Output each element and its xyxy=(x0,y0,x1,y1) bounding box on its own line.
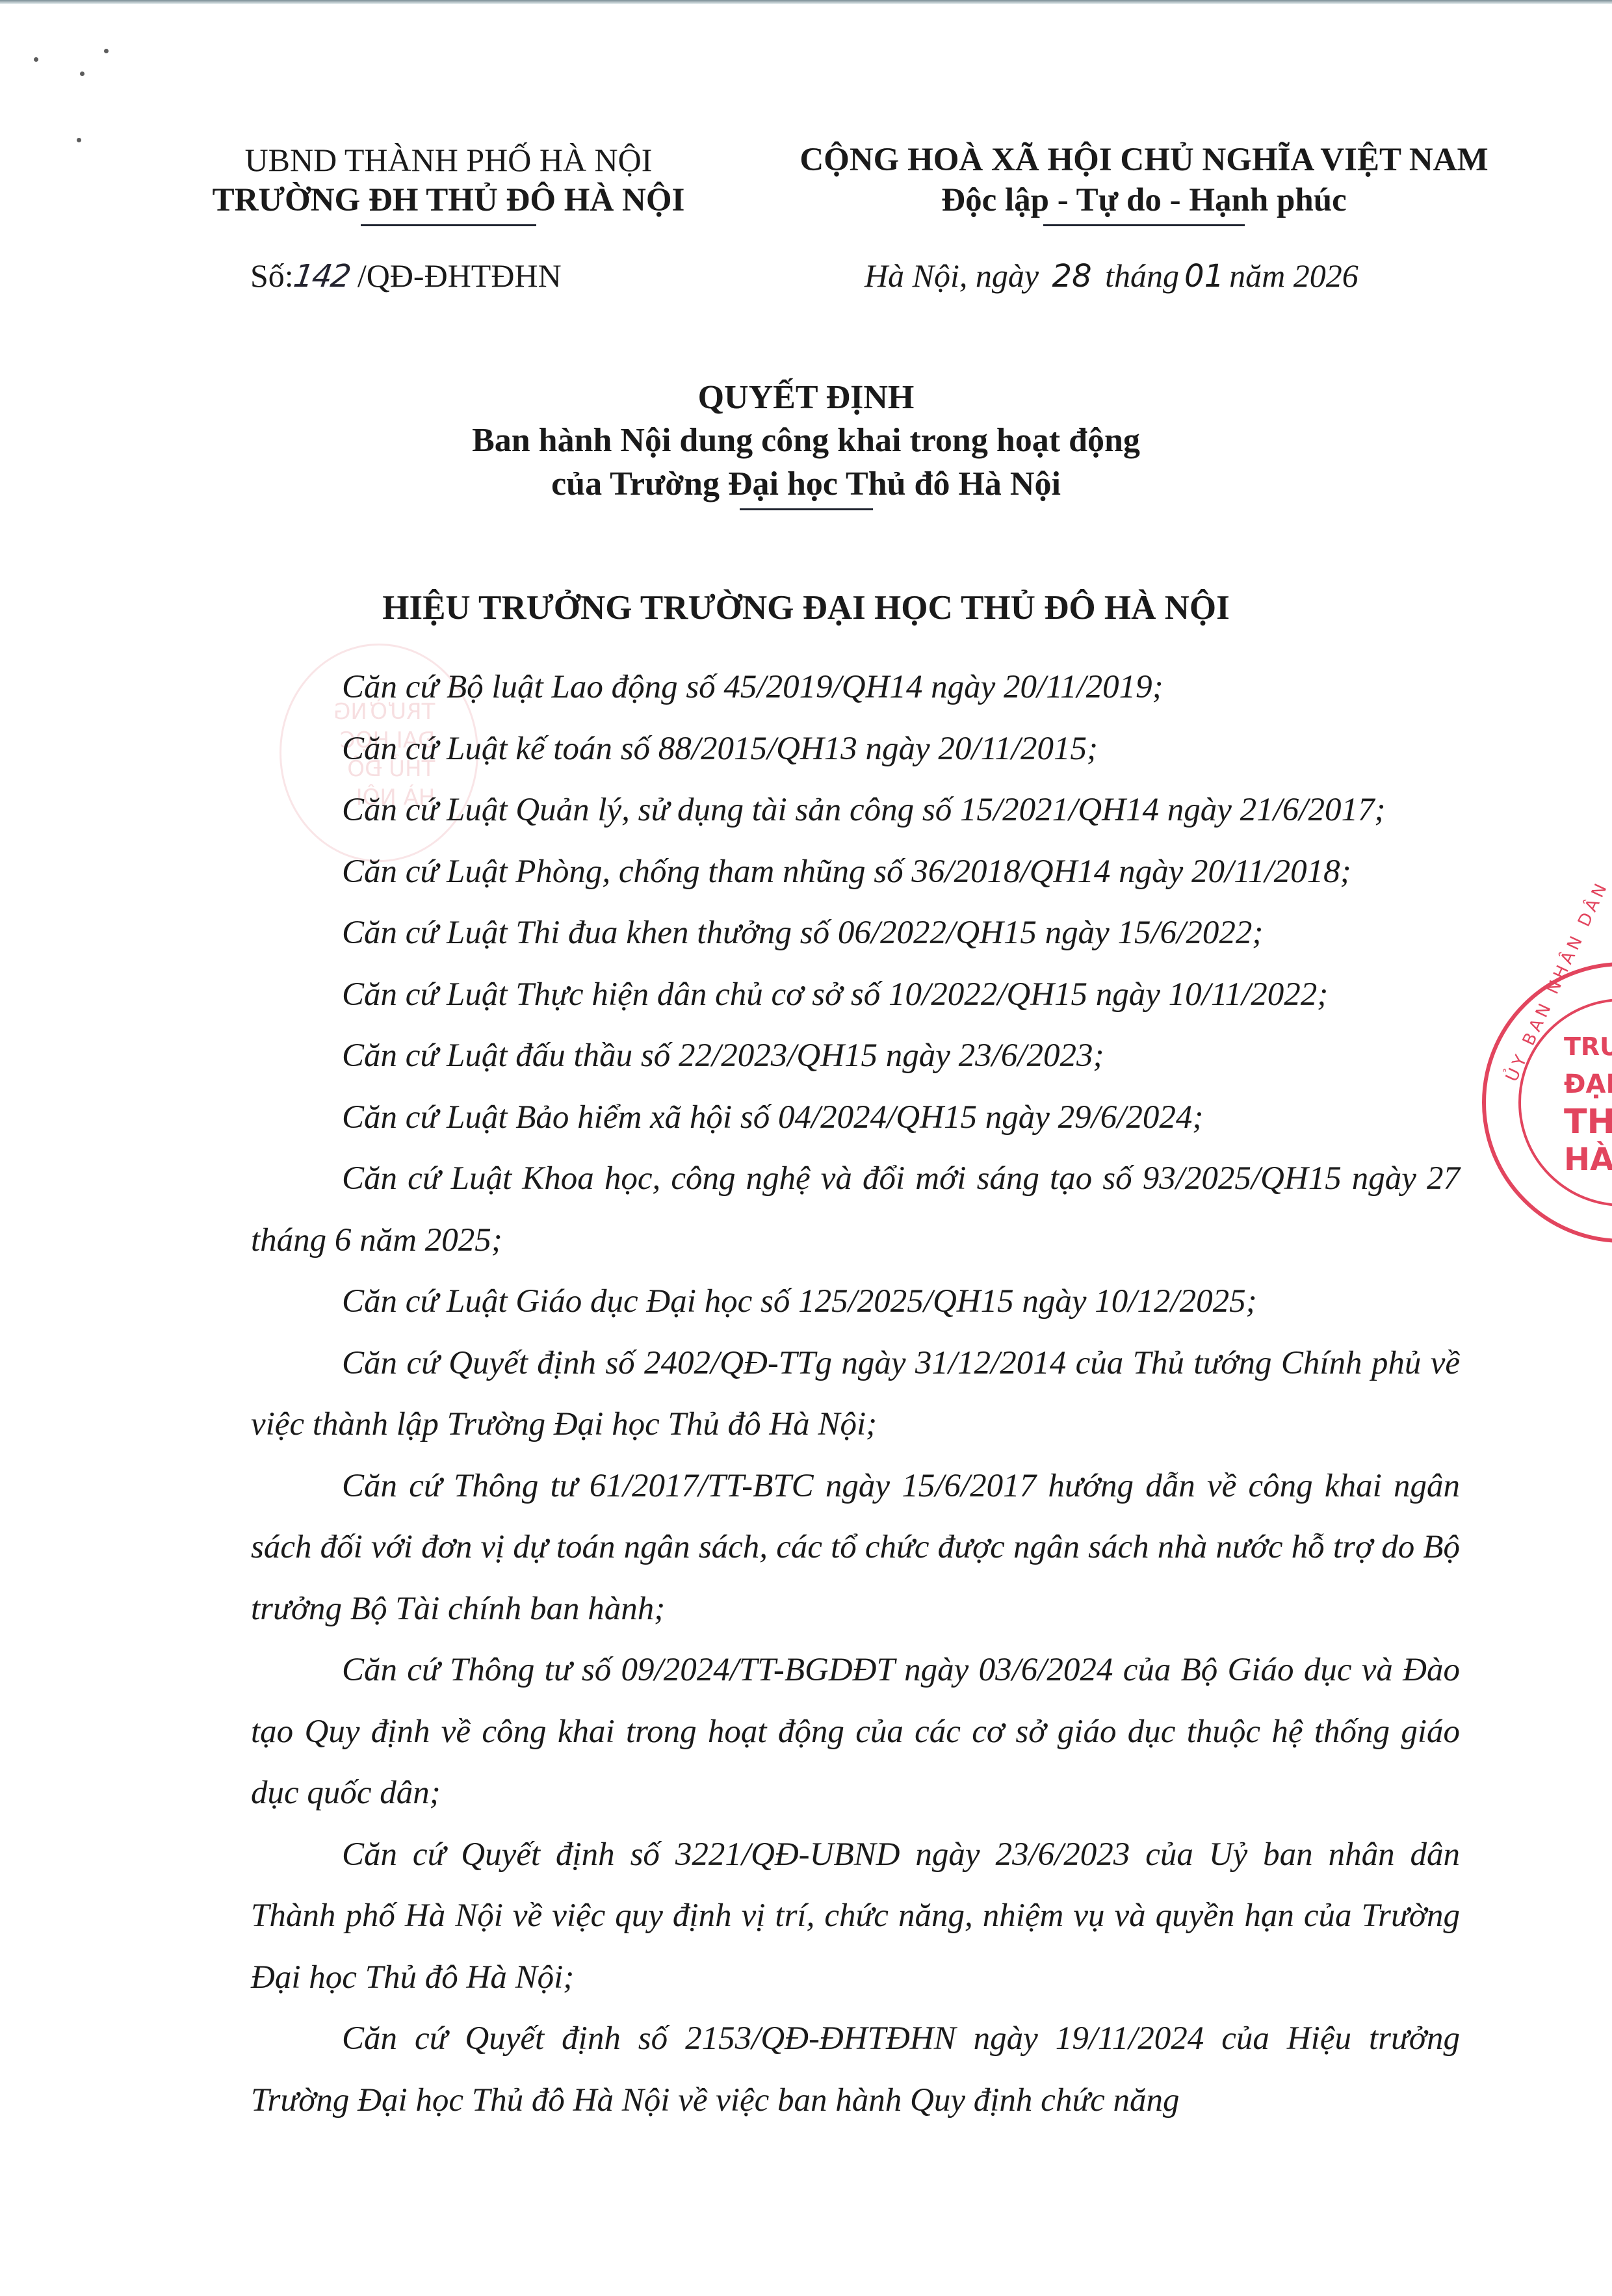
ref-suffix: /QĐ-ĐHTĐHN xyxy=(357,257,562,294)
document-title-block: QUYẾT ĐỊNH Ban hành Nội dung công khai t… xyxy=(195,377,1417,510)
legal-basis-item: Căn cứ Luật đấu thầu số 22/2023/QH15 ngà… xyxy=(251,1025,1460,1087)
scan-top-edge xyxy=(0,0,1612,4)
national-title: CỘNG HOÀ XÃ HỘI CHỦ NGHĨA VIỆT NAM xyxy=(793,140,1495,180)
legal-basis-item: Căn cứ Luật Giáo dục Đại học số 125/2025… xyxy=(251,1271,1460,1333)
scan-speck xyxy=(34,57,38,62)
date-day-handwritten: 28 xyxy=(1047,258,1097,294)
legal-basis-item: Căn cứ Luật Thi đua khen thưởng số 06/20… xyxy=(251,902,1460,964)
header-issuer: UBND THÀNH PHỐ HÀ NỘI TRƯỜNG ĐH THỦ ĐÔ H… xyxy=(195,140,702,226)
date-month-label: tháng xyxy=(1105,257,1179,294)
motto-underline xyxy=(1043,224,1245,226)
legal-bases: Căn cứ Bộ luật Lao động số 45/2019/QH14 … xyxy=(251,657,1460,2131)
legal-basis-item: Căn cứ Luật Thực hiện dân chủ cơ sở số 1… xyxy=(251,964,1460,1026)
legal-basis-item: Căn cứ Bộ luật Lao động số 45/2019/QH14 … xyxy=(251,657,1460,718)
legal-basis-item: Căn cứ Luật Bảo hiểm xã hội số 04/2024/Q… xyxy=(251,1087,1460,1149)
date-line: Hà Nội, ngày 28 tháng01năm 2026 xyxy=(864,257,1358,294)
reference-number: Số:142 /QĐ-ĐHTĐHN xyxy=(250,257,562,294)
legal-basis-item: Căn cứ Luật kế toán số 88/2015/QH13 ngày… xyxy=(251,718,1460,780)
header-national: CỘNG HOÀ XÃ HỘI CHỦ NGHĨA VIỆT NAM Độc l… xyxy=(793,140,1495,226)
date-prefix: Hà Nội, ngày xyxy=(864,257,1039,294)
legal-basis-item: Căn cứ Quyết định số 2153/QĐ-ĐHTĐHN ngày… xyxy=(251,2008,1460,2131)
legal-basis-item: Căn cứ Luật Quản lý, sử dụng tài sản côn… xyxy=(251,779,1460,841)
scan-speck xyxy=(104,49,109,53)
document-subtitle-line2: của Trường Đại học Thủ đô Hà Nội xyxy=(195,462,1417,506)
ref-number-handwritten: 142 xyxy=(291,258,352,294)
document-subtitle-line1: Ban hành Nội dung công khai trong hoạt đ… xyxy=(195,419,1417,462)
date-month-handwritten: 01 xyxy=(1179,258,1229,294)
issuing-authority: HIỆU TRƯỞNG TRƯỜNG ĐẠI HỌC THỦ ĐÔ HÀ NỘI xyxy=(195,588,1417,627)
seal-center-text: TRƯ ĐẠI THỦ HÀ xyxy=(1564,1028,1612,1179)
document-type: QUYẾT ĐỊNH xyxy=(195,377,1417,419)
scan-speck xyxy=(77,138,81,142)
legal-basis-item: Căn cứ Thông tư 61/2017/TT-BTC ngày 15/6… xyxy=(251,1455,1460,1640)
issuer-agency: UBND THÀNH PHỐ HÀ NỘI xyxy=(195,140,702,180)
national-motto: Độc lập - Tự do - Hạnh phúc xyxy=(793,180,1495,220)
legal-basis-item: Căn cứ Quyết định số 3221/QĐ-UBND ngày 2… xyxy=(251,1824,1460,2009)
legal-basis-item: Căn cứ Luật Phòng, chống tham nhũng số 3… xyxy=(251,841,1460,903)
issuer-organization: TRƯỜNG ĐH THỦ ĐÔ HÀ NỘI xyxy=(195,180,702,220)
issuer-underline xyxy=(361,224,536,226)
ref-prefix: Số: xyxy=(250,257,294,294)
legal-basis-item: Căn cứ Quyết định số 2402/QĐ-TTg ngày 31… xyxy=(251,1333,1460,1455)
official-seal: ỦY BAN NHÂN DÂN TRƯ ĐẠI THỦ HÀ xyxy=(1482,962,1612,1243)
date-year: năm 2026 xyxy=(1229,257,1358,294)
legal-basis-item: Căn cứ Luật Khoa học, công nghệ và đổi m… xyxy=(251,1148,1460,1271)
legal-basis-item: Căn cứ Thông tư số 09/2024/TT-BGDĐT ngày… xyxy=(251,1639,1460,1824)
scan-speck xyxy=(80,72,84,76)
title-underline xyxy=(740,508,873,510)
